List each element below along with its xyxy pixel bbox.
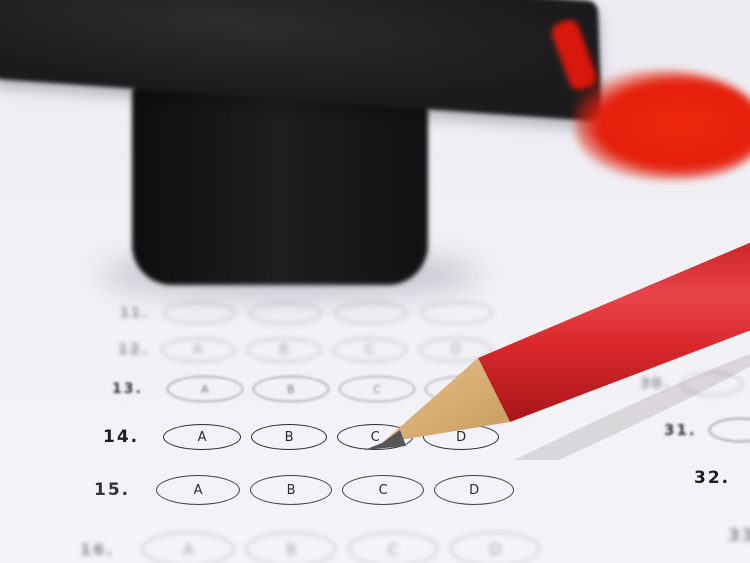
tassel <box>575 70 750 180</box>
answer-bubble-b: B <box>247 338 321 362</box>
answer-bubble-a: A <box>161 338 235 362</box>
photo-scene: 11. 12. A B C D 13. A B C D 14. A B C D … <box>0 0 750 563</box>
answer-bubble-b: B <box>253 376 329 402</box>
answer-bubble <box>249 302 321 324</box>
question-number: 12. <box>118 342 149 358</box>
answer-bubble-a: A <box>156 475 240 505</box>
answer-row-33: 33. <box>728 526 750 546</box>
question-number: 32. <box>694 468 730 488</box>
question-number: 15. <box>94 480 130 500</box>
answer-bubble-b: B <box>250 475 332 505</box>
question-number: 14. <box>103 427 139 447</box>
answer-row-32: 32. <box>694 468 730 488</box>
answer-bubble-a: A <box>142 532 234 563</box>
answer-bubble-b: B <box>246 532 336 563</box>
question-number: 11. <box>120 306 149 321</box>
answer-bubble-a: A <box>163 424 241 450</box>
answer-bubble-a: A <box>167 376 243 402</box>
answer-bubble <box>163 302 235 324</box>
answer-bubble-b: B <box>251 424 327 450</box>
question-number: 13. <box>112 381 143 397</box>
question-number: 33. <box>728 526 750 546</box>
answer-bubble-d: D <box>434 475 514 505</box>
answer-bubble-d: D <box>450 532 540 563</box>
answer-bubble-c: C <box>348 532 438 563</box>
answer-row-15: 15. A B C D <box>94 475 514 505</box>
question-number: 16. <box>80 540 114 559</box>
answer-bubble-c: C <box>342 475 424 505</box>
red-pencil-icon <box>360 240 750 460</box>
answer-row-16: 16. A B C D <box>80 532 540 563</box>
